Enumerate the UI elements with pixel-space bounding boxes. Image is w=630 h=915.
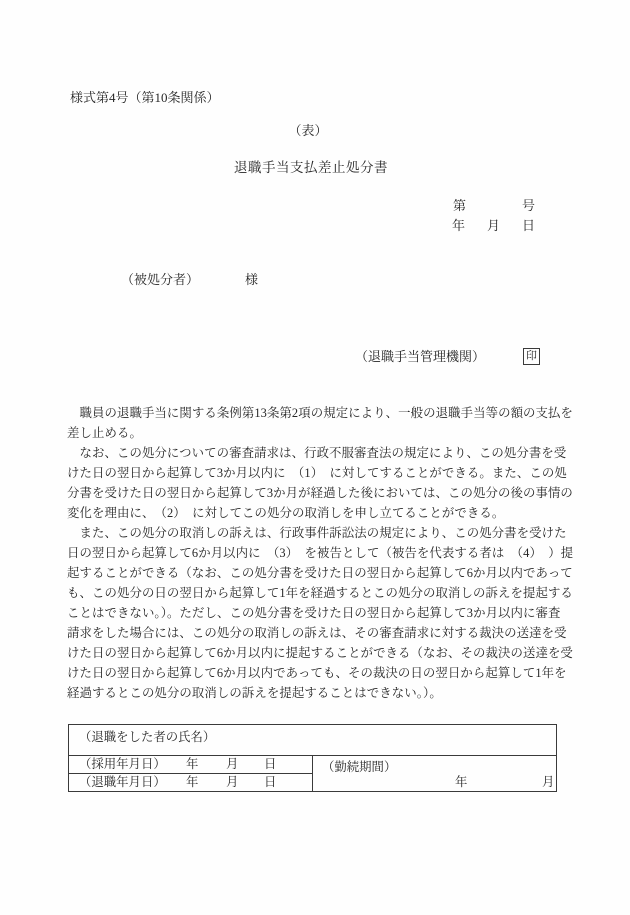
body-text-line: けた日の翌日から起算して6か月以内であっても、その裁決の日の翌日から起算して1年… [67,663,567,683]
side-label: （表） [0,120,616,139]
hire-date-cell: （採用年月日） 年 月 日 [69,756,313,774]
body-text-line: なお、この処分についての審査請求は、行政不服審査法の規定により、この処分書を受 [67,443,567,463]
body-text-line: 差し止める。 [67,423,567,443]
retire-year-label: 年 [186,774,198,791]
document-page: 様式第4号（第10条関係） （表） 退職手当支払差止処分書 第 号 年 月 日 … [0,0,630,915]
body-text-line: 起することができる（なお、この処分書を受けた日の翌日から起算して6か月以内であっ… [67,563,567,583]
form-number: 様式第4号（第10条関係） [70,87,220,106]
retiree-name-cell: （退職をした者の氏名） [69,725,557,756]
body-text-line: 請求をした場合には、この処分の取消しの訴えは、その審査請求に対する裁決の送達を受 [67,623,567,643]
retire-month-label: 月 [226,774,238,791]
retire-day-label: 日 [264,774,276,791]
retire-date-label: （退職年月日） [79,774,166,791]
date-month-label: 月 [487,215,500,234]
seal-mark: 印 [523,348,540,365]
date-day-label: 日 [522,215,535,234]
body-text-line: けた日の翌日から起算して3か月以内に （1） に対してすることができる。また、こ… [67,463,567,483]
addressee-label: （被処分者） [121,269,199,288]
service-month-label: 月 [542,772,554,790]
body-text-line: 職員の退職手当に関する条例第13条第2項の規定により、一般の退職手当等の額の支払… [67,403,567,423]
table-row: （退職をした者の氏名） [69,725,557,756]
table-row: （採用年月日） 年 月 日 （勤続期間） 年 月 [69,756,557,774]
body-text-line: 分書を受けた日の翌日から起算して3か月が経過した後においては、この処分の後の事情… [67,483,567,503]
hire-day-label: 日 [264,756,276,773]
doc-number-prefix: 第 [453,195,466,214]
retiree-name-label: （退職をした者の氏名） [69,725,215,745]
retire-date-cell: （退職年月日） 年 月 日 [69,774,313,792]
hire-date-label: （採用年月日） [79,756,166,773]
body-text-line: 変化を理由に、 （2） に対してこの処分の取消しを申し立てることができる。 [67,503,567,523]
body-text-line: けた日の翌日から起算して6か月以内に提起することができる（なお、その裁決の送達を… [67,643,567,663]
body-text-line: 日の翌日から起算して6か月以内に （3） を被告として（被告を代表する者は （4… [67,543,567,563]
body-text-line: 経過するとこの処分の取消しの訴えを提起することはできない。）。 [67,683,567,703]
service-year-label: 年 [455,772,467,790]
doc-number-suffix: 号 [522,195,535,214]
body-text-line: も、この処分の日の翌日から起算して1年を経過するとこの処分の取消しの訴えを提起す… [67,583,567,603]
hire-year-label: 年 [186,756,198,773]
body-text: 職員の退職手当に関する条例第13条第2項の規定により、一般の退職手当等の額の支払… [67,403,567,703]
hire-month-label: 月 [226,756,238,773]
service-period-label: （勤続期間） [322,757,396,775]
body-text-line: また、この処分の取消しの訴えは、行政事件訴訟法の規定により、この処分書を受けた [67,523,567,543]
addressee-honorific: 様 [245,269,258,288]
issuer-label: （退職手当管理機関） [355,346,485,365]
date-year-label: 年 [452,215,465,234]
service-period-cell: （勤続期間） 年 月 [313,756,557,792]
document-title: 退職手当支払差止処分書 [0,156,622,176]
retiree-info-table: （退職をした者の氏名） （採用年月日） 年 月 日 （勤続期間） 年 月 （退職… [68,724,557,792]
body-text-line: ことはできない。）。ただし、この処分書を受けた日の翌日から起算して3か月以内に審… [67,603,567,623]
